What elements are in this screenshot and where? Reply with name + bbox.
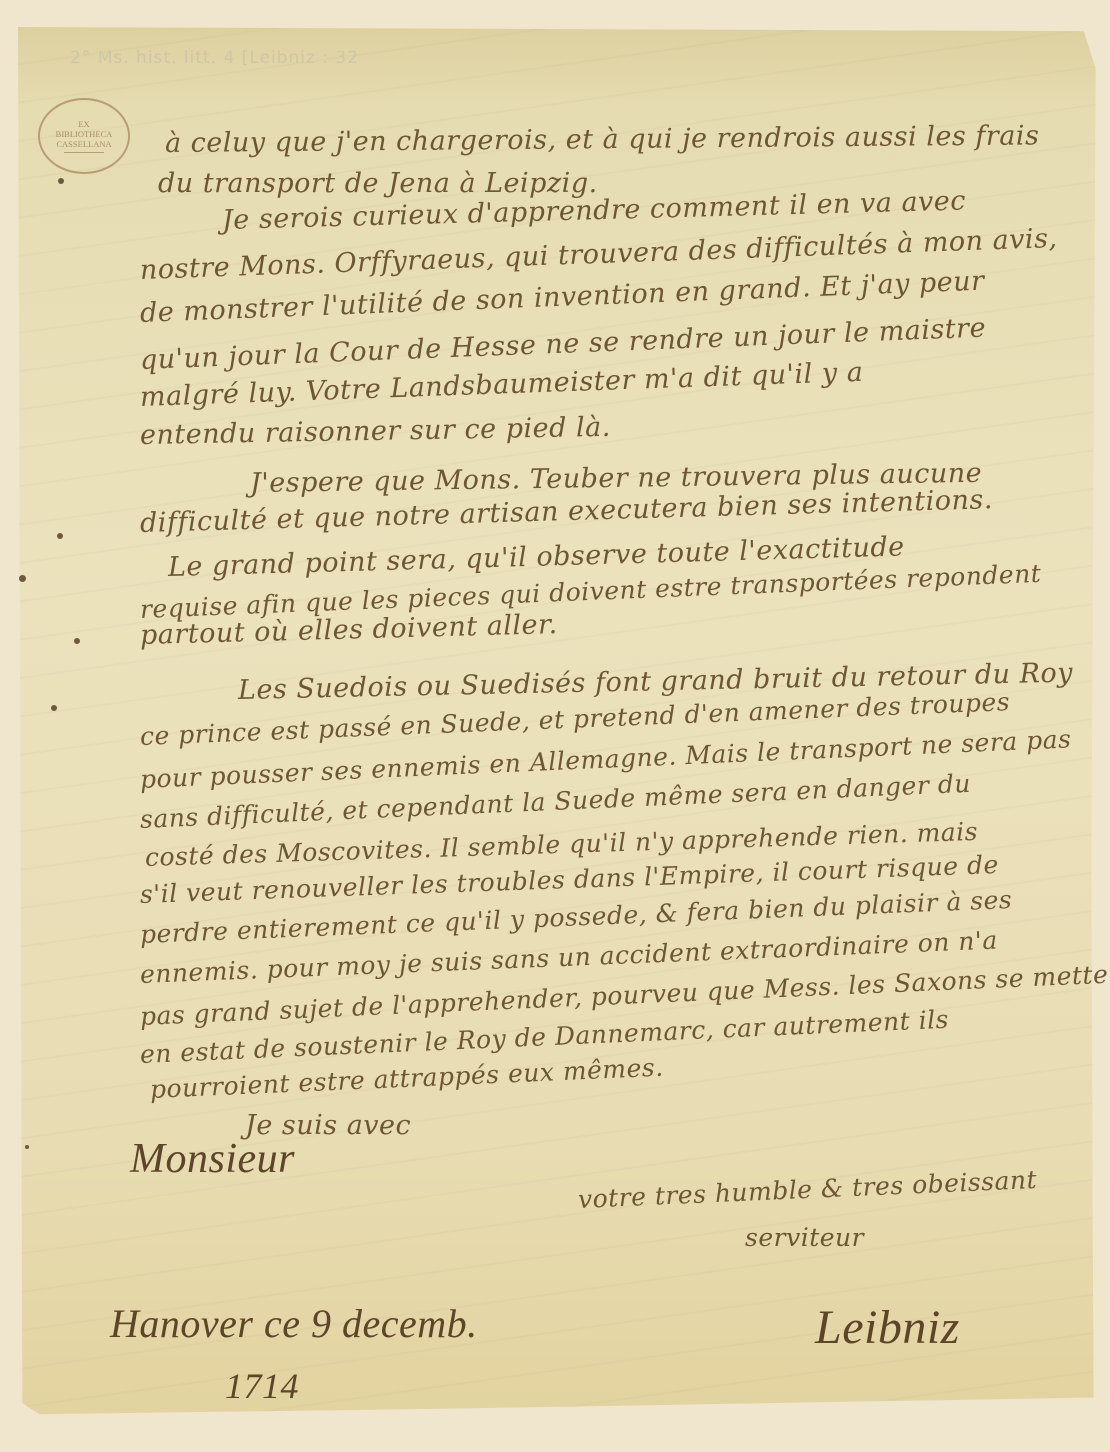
stamp-line-2: BIBLIOTHECA xyxy=(56,129,113,139)
shelfmark-label: 2° Ms. hist. litt. 4 [Leibniz : 32 xyxy=(70,48,359,68)
place-date: Hanover ce 9 decemb. xyxy=(110,1300,478,1347)
signature: Leibniz xyxy=(815,1300,960,1355)
binding-hole xyxy=(51,705,57,711)
binding-hole xyxy=(58,178,64,184)
year: 1714 xyxy=(225,1365,299,1407)
binding-hole xyxy=(74,638,80,644)
binding-hole xyxy=(57,533,63,539)
binding-hole xyxy=(25,1145,29,1149)
letter-line: du transport de Jena à Leipzig. xyxy=(158,168,598,199)
closing-line: serviteur xyxy=(745,1223,864,1252)
library-stamp: EX BIBLIOTHECA CASSELLANA xyxy=(38,98,130,174)
binding-hole xyxy=(19,575,26,582)
stamp-line-3: CASSELLANA xyxy=(56,139,111,149)
scan-background: 2° Ms. hist. litt. 4 [Leibniz : 32 EX BI… xyxy=(0,0,1110,1452)
salutation: Monsieur xyxy=(130,1135,295,1183)
stamp-rule xyxy=(64,152,104,153)
stamp-line-1: EX xyxy=(78,119,89,129)
